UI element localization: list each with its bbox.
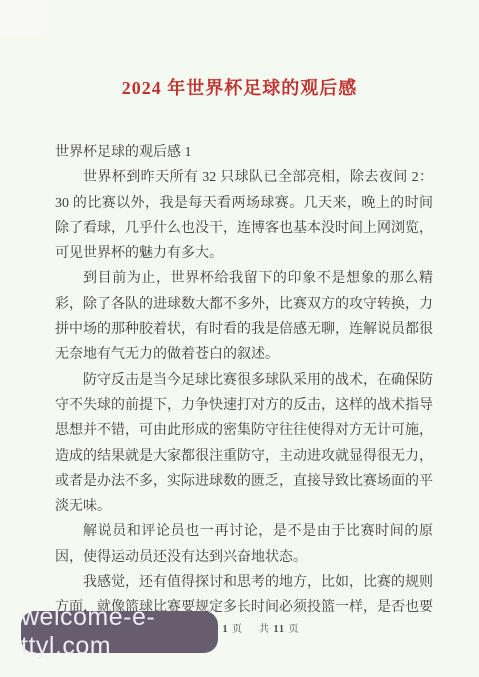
paragraph: 到目前为止，世界杯给我留下的印象不是想象的那么精彩，除了各队的进球数大都不多外，… <box>55 266 433 367</box>
total-pages-number: 11 <box>274 624 285 635</box>
current-page-number: 1 <box>223 624 229 635</box>
paragraph: 世界杯到昨天所有 32 只球队已全部亮相，除去夜间 2：30 的比赛以外，我是每… <box>55 165 433 266</box>
paragraph: 解说员和评论员也一再讨论，是不是由于比赛时间的原因，使得运动员还没有达到兴奋地状… <box>55 519 433 570</box>
corner-artifact <box>0 0 46 36</box>
paragraph: 防守反击是当今足球比赛很多球队采用的战术，在确保防守不失球的前提下，力争快速打对… <box>55 368 433 520</box>
section-heading: 世界杯足球的观后感 1 <box>55 140 433 165</box>
total-pages-prefix: 共 <box>259 624 270 635</box>
page-indicator-unit: 页 <box>232 624 243 635</box>
watermark-badge: welcome-e-ttyl.com <box>21 611 218 653</box>
document-body: 世界杯足球的观后感 1 世界杯到昨天所有 32 只球队已全部亮相，除去夜间 2：… <box>55 140 433 646</box>
page-indicator: 第 1 页 共 11 页 <box>208 620 299 635</box>
document-title: 2024 年世界杯足球的观后感 <box>0 74 479 100</box>
document-page: 2024 年世界杯足球的观后感 世界杯足球的观后感 1 世界杯到昨天所有 32 … <box>0 0 479 677</box>
total-pages-unit: 页 <box>288 624 299 635</box>
watermark-text: welcome-e-ttyl.com <box>21 603 218 661</box>
